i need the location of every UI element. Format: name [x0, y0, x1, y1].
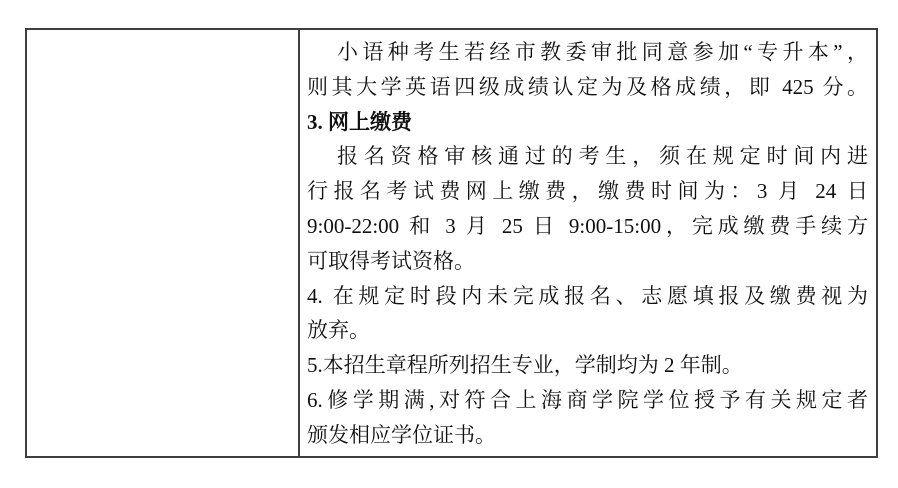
text-line: 可取得考试资格。: [307, 244, 868, 279]
text-line: 颁发相应学位证书。: [307, 418, 868, 453]
table-cell-left-empty: [27, 30, 300, 456]
text-line: 则其大学英语四级成绩认定为及格成绩，即 425 分。: [307, 70, 868, 105]
text-line: 5.本招生章程所列招生专业，学制均为 2 年制。: [307, 348, 868, 383]
text-line: 6.修学期满,对符合上海商学院学位授予有关规定者: [307, 383, 868, 418]
text-line: 报名资格审核通过的考生，须在规定时间内进: [307, 139, 868, 174]
text-line: 小语种考生若经市教委审批同意参加“专升本”，: [307, 35, 868, 70]
table: 小语种考生若经市教委审批同意参加“专升本”，则其大学英语四级成绩认定为及格成绩，…: [25, 28, 878, 458]
text-line: 放弃。: [307, 313, 868, 348]
table-cell-right-text: 小语种考生若经市教委审批同意参加“专升本”，则其大学英语四级成绩认定为及格成绩，…: [300, 30, 876, 456]
text-line: 4. 在规定时段内未完成报名、志愿填报及缴费视为: [307, 279, 868, 314]
document-page: 小语种考生若经市教委审批同意参加“专升本”，则其大学英语四级成绩认定为及格成绩，…: [0, 0, 898, 488]
text-line: 3. 网上缴费: [307, 105, 868, 140]
text-line: 9:00-22:00 和 3 月 25 日 9:00-15:00，完成缴费手续方: [307, 209, 868, 244]
text-line: 行报名考试费网上缴费，缴费时间为：3 月 24 日: [307, 174, 868, 209]
